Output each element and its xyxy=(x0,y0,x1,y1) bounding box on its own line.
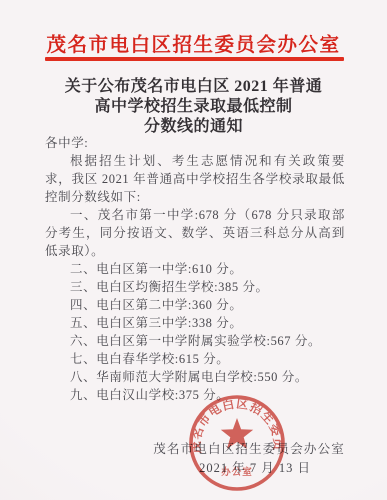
score-item-2: 二、电白区第一中学:610 分。 xyxy=(45,260,345,278)
score-item-3: 三、电白区均衡招生学校:385 分。 xyxy=(45,278,345,296)
score-item-9: 九、电白汉山学校:375 分。 xyxy=(45,386,345,404)
salutation: 各中学: xyxy=(45,134,345,152)
document-page: 茂名市电白区招生委员会办公室 关于公布茂名市电白区 2021 年普通 高中学校招… xyxy=(0,0,387,500)
intro-paragraph: 根据招生计划、考生志愿情况和有关政策要求，我区 2021 年普通高中学校招生各学… xyxy=(45,152,345,206)
red-divider xyxy=(45,57,344,61)
signature-date: 2021 年 7 月 13 日 xyxy=(0,459,345,478)
signature-block: 茂名市电白区招生委员会办公室 2021 年 7 月 13 日 xyxy=(0,440,345,478)
score-item-7: 七、电白春华学校:615 分。 xyxy=(45,350,345,368)
document-title: 关于公布茂名市电白区 2021 年普通 高中学校招生录取最低控制 分数线的通知 xyxy=(0,77,387,137)
score-item-4: 四、电白区第二中学:360 分。 xyxy=(45,296,345,314)
score-item-1: 一、茂名市第一中学:678 分（678 分只录取部分考生，同分按语文、数学、英语… xyxy=(45,206,345,260)
score-item-8: 八、华南师范大学附属电白学校:550 分。 xyxy=(45,368,345,386)
score-item-6: 六、电白区第一中学附属实验学校:567 分。 xyxy=(45,332,345,350)
title-line-2: 高中学校招生录取最低控制 xyxy=(0,97,387,117)
document-body: 各中学: 根据招生计划、考生志愿情况和有关政策要求，我区 2021 年普通高中学… xyxy=(45,134,345,404)
signature-office: 茂名市电白区招生委员会办公室 xyxy=(0,440,345,459)
title-line-1: 关于公布茂名市电白区 2021 年普通 xyxy=(0,77,387,97)
score-item-5: 五、电白区第三中学:338 分。 xyxy=(45,314,345,332)
office-header: 茂名市电白区招生委员会办公室 xyxy=(0,29,387,57)
